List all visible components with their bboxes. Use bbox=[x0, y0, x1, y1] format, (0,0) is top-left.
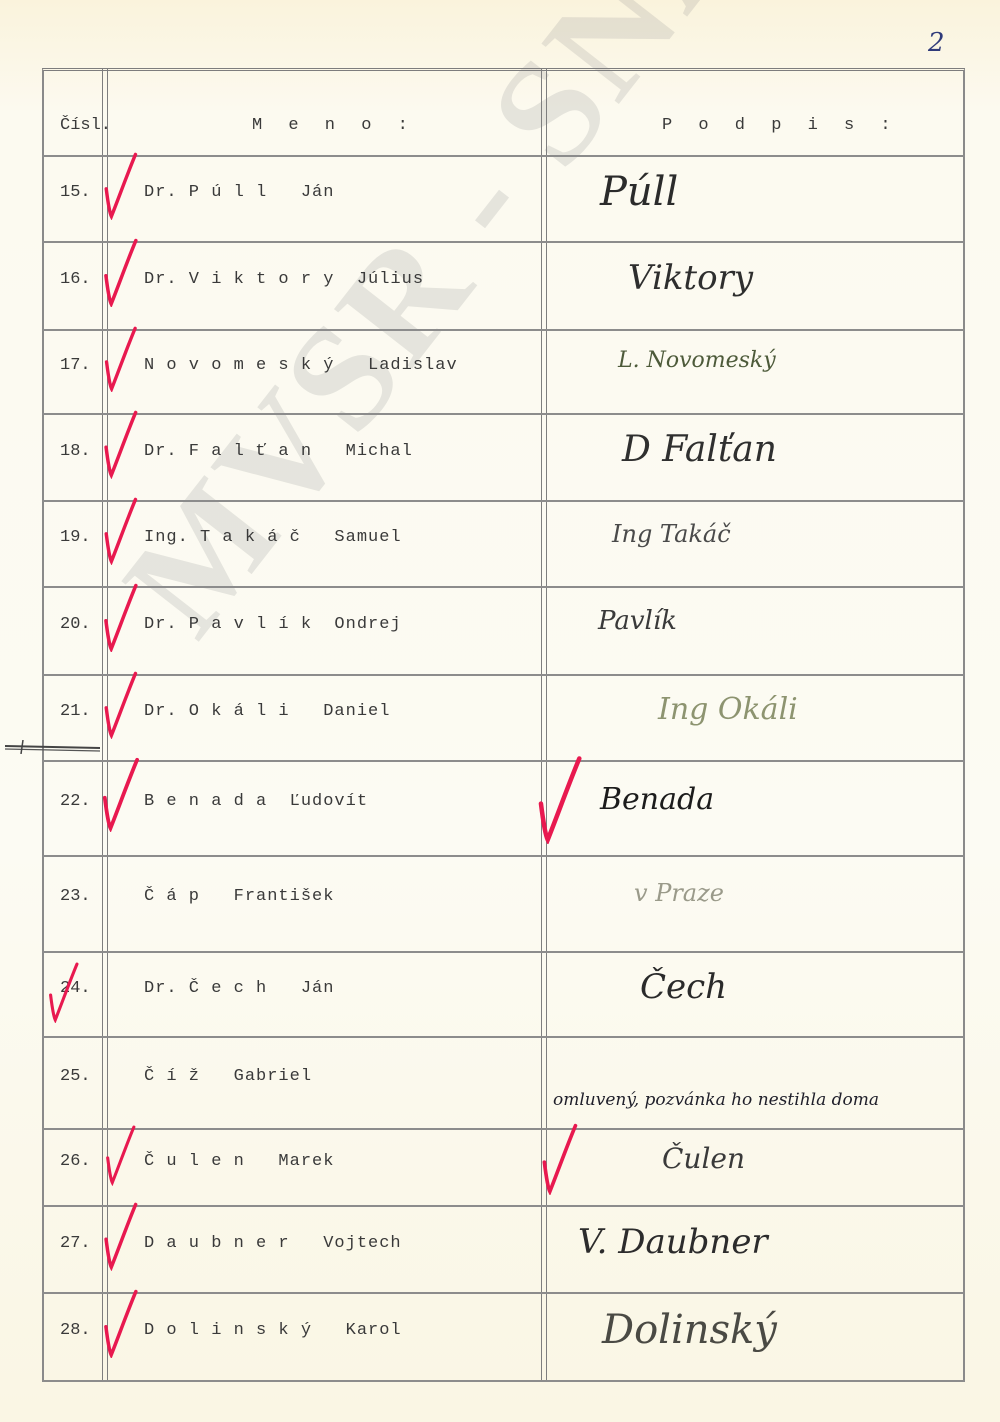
handwritten-signature: Pavlík bbox=[598, 606, 677, 636]
row-number: 21. bbox=[60, 702, 91, 721]
handwritten-signature: L. Novomeský bbox=[618, 348, 776, 373]
table-row: 23.Č á p Františekv Praze bbox=[42, 857, 965, 953]
table-row: 20.Dr. P a v l í k OndrejPavlík bbox=[42, 588, 965, 676]
row-number: 27. bbox=[60, 1234, 91, 1253]
handwritten-signature: v Praze bbox=[634, 879, 724, 907]
row-name: Dr. F a l ť a n Michal bbox=[144, 442, 413, 461]
margin-strike-mark bbox=[5, 740, 100, 754]
handwritten-note: omluvený, pozvánka ho nestihla doma bbox=[553, 1090, 879, 1110]
handwritten-signature: Ing Okáli bbox=[658, 692, 798, 727]
row-number: 26. bbox=[60, 1152, 91, 1171]
table-row: 22.B e n a d a ĽudovítBenada bbox=[42, 762, 965, 857]
handwritten-signature: Čech bbox=[640, 967, 727, 1007]
handwritten-signature: Púll bbox=[600, 169, 678, 215]
handwritten-signature: Ing Takáč bbox=[612, 520, 731, 548]
row-number: 18. bbox=[60, 442, 91, 461]
table-row: 18.Dr. F a l ť a n MichalD Falťan bbox=[42, 415, 965, 502]
table-row: 24.Dr. Č e c h JánČech bbox=[42, 953, 965, 1038]
handwritten-signature: D Falťan bbox=[622, 429, 777, 470]
row-number: 20. bbox=[60, 615, 91, 634]
row-name: Dr. V i k t o r y Július bbox=[144, 270, 424, 289]
header-number: Čísl. bbox=[60, 116, 111, 135]
table-row: 21.Dr. O k á l i DanielIng Okáli bbox=[42, 676, 965, 762]
row-name: Dr. P a v l í k Ondrej bbox=[144, 615, 402, 634]
row-number: 15. bbox=[60, 183, 91, 202]
row-number: 28. bbox=[60, 1321, 91, 1340]
row-name: Ing. T a k á č Samuel bbox=[144, 528, 402, 547]
table-row: 28.D o l i n s k ý KarolDolinský bbox=[42, 1294, 965, 1382]
row-name: Dr. P ú l l Ján bbox=[144, 183, 334, 202]
table-row: 17.N o v o m e s k ý LadislavL. Novomesk… bbox=[42, 331, 965, 415]
table-row: 15.Dr. P ú l l JánPúll bbox=[42, 157, 965, 243]
handwritten-signature: Viktory bbox=[628, 258, 753, 298]
row-number: 24. bbox=[60, 979, 91, 998]
header-signature: P o d p i s : bbox=[662, 116, 899, 135]
table-row: 26.Č u l e n MarekČulen bbox=[42, 1130, 965, 1207]
row-name: Č á p František bbox=[144, 887, 334, 906]
row-name: Dr. Č e c h Ján bbox=[144, 979, 334, 998]
handwritten-signature: Benada bbox=[600, 782, 714, 817]
table-row: 25.Č í ž Gabriel bbox=[42, 1038, 965, 1130]
handwritten-signature: Čulen bbox=[662, 1142, 745, 1175]
row-name: D o l i n s k ý Karol bbox=[144, 1321, 402, 1340]
row-number: 23. bbox=[60, 887, 91, 906]
row-number: 16. bbox=[60, 270, 91, 289]
table-row: 19.Ing. T a k á č SamuelIng Takáč bbox=[42, 502, 965, 588]
row-name: N o v o m e s k ý Ladislav bbox=[144, 356, 458, 375]
table-header-row: Čísl. M e n o : P o d p i s : bbox=[42, 68, 965, 157]
row-number: 17. bbox=[60, 356, 91, 375]
row-number: 25. bbox=[60, 1067, 91, 1086]
row-name: Č í ž Gabriel bbox=[144, 1067, 312, 1086]
handwritten-signature: Dolinský bbox=[602, 1307, 777, 1353]
row-name: Č u l e n Marek bbox=[144, 1152, 334, 1171]
table-row: 27.D a u b n e r VojtechV. Daubner bbox=[42, 1207, 965, 1294]
header-name: M e n o : bbox=[252, 116, 416, 135]
row-number: 19. bbox=[60, 528, 91, 547]
page-number-mark: 2 bbox=[928, 28, 945, 58]
row-name: Dr. O k á l i Daniel bbox=[144, 702, 390, 721]
table-row: 16.Dr. V i k t o r y JúliusViktory bbox=[42, 243, 965, 331]
row-name: B e n a d a Ľudovít bbox=[144, 792, 368, 811]
row-name: D a u b n e r Vojtech bbox=[144, 1234, 402, 1253]
row-number: 22. bbox=[60, 792, 91, 811]
handwritten-signature: V. Daubner bbox=[578, 1222, 768, 1262]
